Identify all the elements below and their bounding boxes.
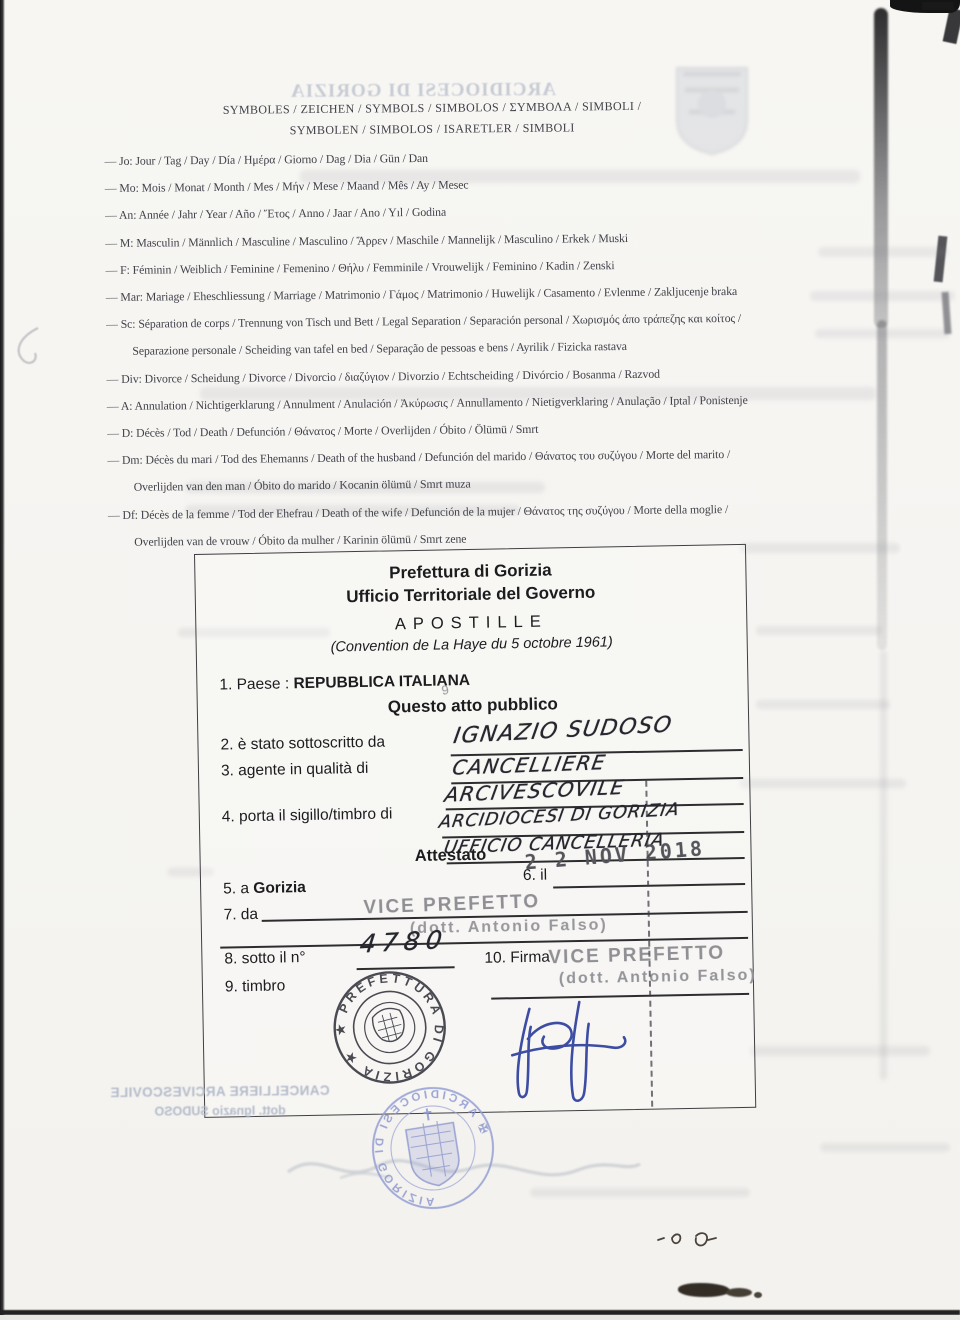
ink-smudge (726, 1288, 752, 1297)
arcidiocesi-round-stamp: ✠ ARCIDIOCESI DI GORIZIA (357, 1072, 508, 1223)
item8-label: 8. sotto il n° (224, 949, 305, 968)
item1-label: 1. Paese : (219, 675, 289, 693)
handwriting-signer-name: IGNAZIO SUDOSO (452, 712, 675, 749)
scan-mark-artifact (934, 236, 948, 283)
scan-right-streak-artifact (880, 650, 887, 1080)
ink-marks (652, 1226, 730, 1252)
legend-header-line1: SYMBOLES / ZEICHEN / SYMBOLS / SIMBOLOS … (104, 98, 760, 119)
bleedthrough-band (820, 1143, 950, 1152)
item4-label: 4. porta il sigillo/timbro di (222, 805, 393, 826)
section-heading-attestato: Attestato (380, 845, 520, 867)
signature (499, 997, 641, 1112)
ink-smudge (678, 1283, 730, 1297)
item5-value: Gorizia (253, 879, 306, 897)
ink-smudge (754, 1292, 762, 1298)
scan-corner-artifact (922, 2, 954, 10)
bleedthrough-mirrored-block: CANCELLIERE ARCIVESCOVILE dott. Ignazio … (98, 1083, 342, 1120)
item7-label: 7. da (223, 906, 258, 925)
legend-lines: — Jo: Jour / Tag / Day / Día / Ημέρα / G… (104, 141, 852, 556)
bleedthrough-band (750, 1046, 930, 1056)
handwriting-capacity-2: ARCIVESCOVILE (443, 775, 627, 807)
item5-label: 5. a (223, 880, 249, 897)
bleedthrough-line1: CANCELLIERE ARCIVESCOVILE (98, 1083, 342, 1101)
bleedthrough-band (740, 779, 906, 788)
item3-label: 3. agente in qualità di (221, 760, 369, 781)
item1-row: 1. Paese : REPUBBLICA ITALIANA (219, 672, 470, 695)
vice-prefetto-stamp-2: VICE PREFETTO (548, 943, 725, 970)
bleedthrough-line2: dott. Ignazio SUDOSO (98, 1103, 342, 1120)
scan-right-streak-artifact (874, 8, 888, 328)
scan-bottom-margin (0, 1315, 960, 1320)
item5-row: 5. a Gorizia (223, 879, 306, 899)
bleedthrough-band (756, 700, 890, 709)
item9-label: 9. timbro (225, 977, 286, 996)
bleedthrough-band (756, 626, 882, 635)
legend-header-line2: SYMBOLEN / SIMBOLOS / ISARETLER / SIMBOL… (104, 119, 760, 140)
vice-prefetto-stamp-2-sub: (dott. Antonio Falso) (559, 967, 757, 989)
scan-right-streak-artifact (877, 320, 887, 650)
scanned-document-page: ARCIDIOCESI DI GORIZIA SYMBOLES / ZEICHE… (0, 0, 960, 1320)
handwriting-capacity-1: CANCELLIERE (451, 750, 609, 780)
scan-left-edge-artifact (0, 0, 5, 1320)
scan-corner-artifact (943, 8, 960, 44)
pencil-smudge (6, 322, 48, 368)
handwriting-number: 4780 (358, 925, 450, 959)
apostille-box: Prefettura di Gorizia Ufficio Territoria… (194, 544, 756, 1118)
item10-label: 10. Firma (484, 949, 550, 968)
item2-label: 2. è stato sottoscritto da (220, 734, 385, 755)
